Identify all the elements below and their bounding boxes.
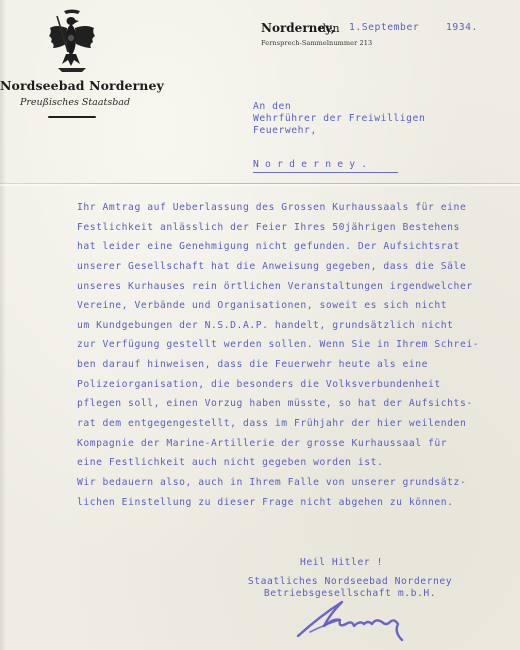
body-line: unserer Gesellschaft hat die Anweisung g… [77, 257, 517, 277]
address-line: Wehrführer der Freiwilligen [253, 113, 425, 125]
body-line: um Kundgebungen der N.S.D.A.P. handelt, … [77, 316, 517, 336]
signature-line: Staatliches Nordseebad Norderney [235, 576, 465, 588]
closing-salutation: Heil Hitler ! [300, 557, 383, 568]
body-line: hat leider eine Genehmigung nicht gefund… [77, 237, 517, 257]
handwritten-signature-icon [290, 596, 420, 646]
letter-body: Ihr Amtrag auf Ueberlassung des Grossen … [77, 198, 517, 512]
letterhead-name: Nordseebad Norderney [0, 78, 150, 93]
body-line: Polizeiorganisation, die besonders die V… [77, 375, 517, 395]
dateline-date: 1.September [349, 22, 419, 33]
body-line: Ihr Amtrag auf Ueberlassung des Grossen … [77, 198, 517, 218]
paper-fold-highlight [0, 184, 520, 186]
letterhead-subtitle: Preußisches Staatsbad [0, 97, 150, 108]
body-line: rat dem entgegengestellt, dass im Frühja… [77, 414, 517, 434]
dateline-phone: Fernsprech-Sammelnummer 213 [261, 39, 372, 47]
body-line: Wir bedauern also, auch in Ihrem Falle v… [77, 473, 517, 493]
address-line: Feuerwehr, [253, 125, 425, 137]
city-underline [253, 172, 398, 173]
recipient-address: An den Wehrführer der Freiwilligen Feuer… [253, 101, 425, 137]
recipient-city: Norderney. [253, 159, 373, 170]
body-line: zur Verfügung gestellt werden sollen. We… [77, 335, 517, 355]
body-line: lichen Einstellung zu dieser Frage nicht… [77, 493, 517, 513]
body-line: eine Festlichkeit auch nicht gegeben wor… [77, 453, 517, 473]
body-line: Festlichkeit anlässlich der Feier Ihres … [77, 218, 517, 238]
letterhead: Nordseebad Norderney Preußisches Staatsb… [0, 0, 160, 130]
body-line: Kompagnie der Marine-Artillerie der gros… [77, 434, 517, 454]
eagle-crest-icon [44, 8, 100, 74]
letterhead-rule [48, 116, 96, 118]
body-line: ben darauf hinweisen, dass die Feuerwehr… [77, 355, 517, 375]
body-line: Vereine, Verbände und Organisationen, so… [77, 296, 517, 316]
address-line: An den [253, 101, 425, 113]
dateline-den: den [319, 22, 340, 35]
dateline-year: 1934. [446, 22, 478, 33]
body-line: pflegen soll, einen Vorzug haben müsste,… [77, 394, 517, 414]
body-line: unseres Kurhauses rein örtlichen Veranst… [77, 277, 517, 297]
